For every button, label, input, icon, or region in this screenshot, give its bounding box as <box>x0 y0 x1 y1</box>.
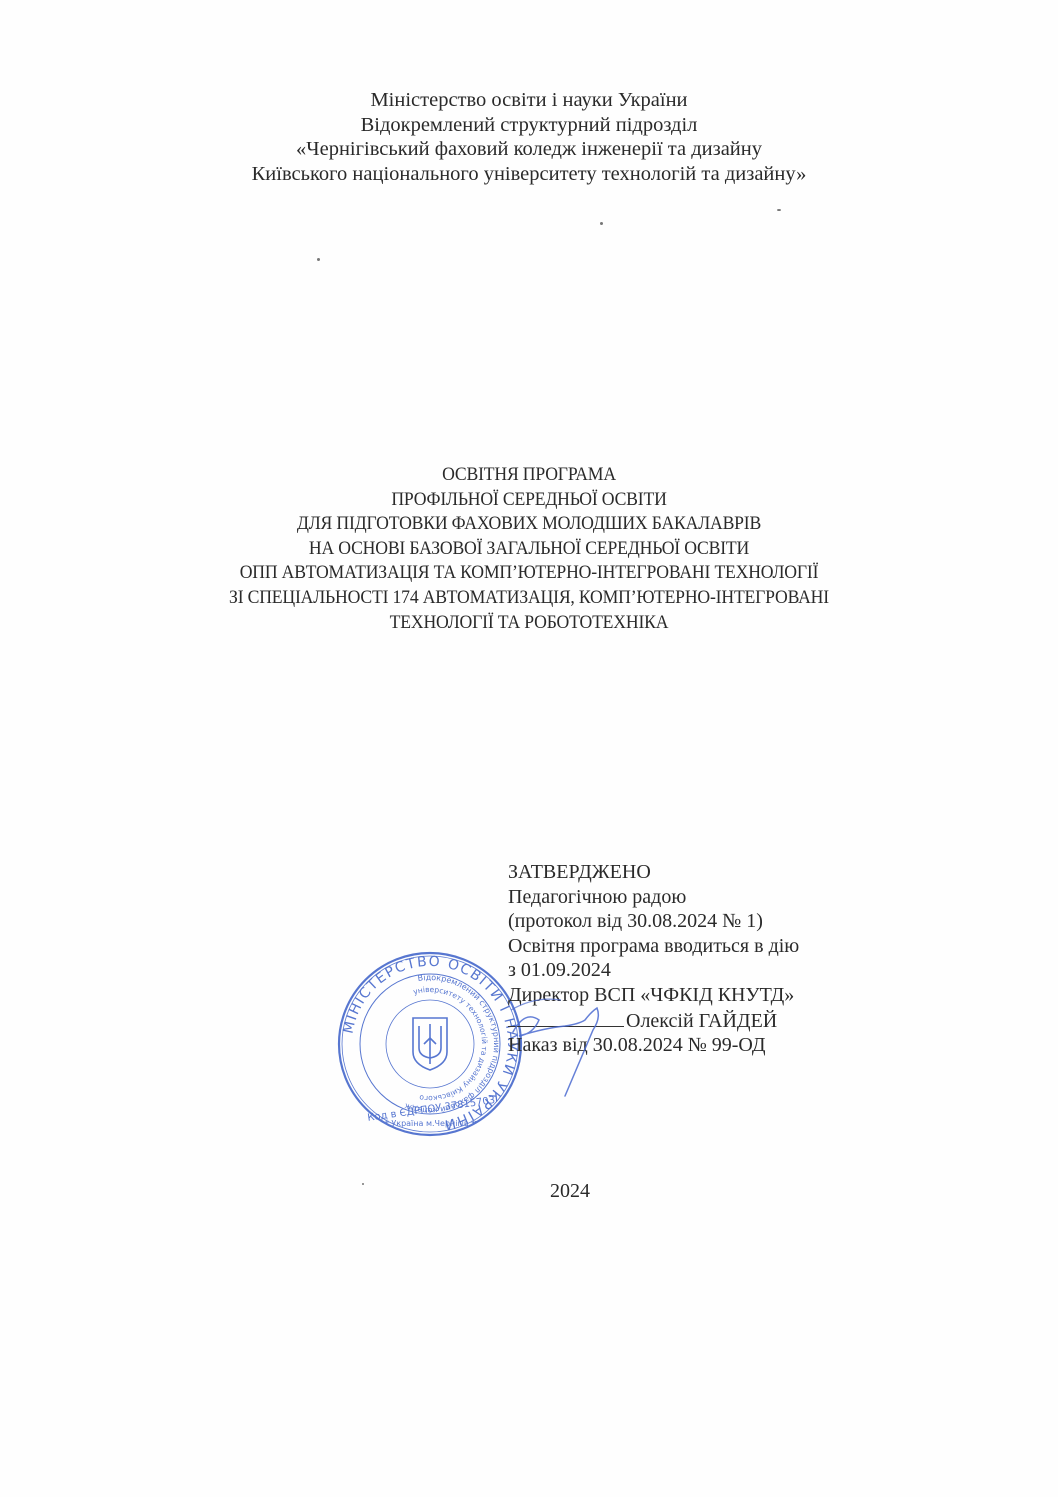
title-line: ТЕХНОЛОГІЇ ТА РОБОТОТЕХНІКА <box>37 611 1021 636</box>
stamp-seal-icon: МІНІСТЕРСТВО ОСВІТИ І НАУКИ УКРАЇНИ Відо… <box>336 950 524 1138</box>
document-page: Міністерство освіти і науки України Відо… <box>0 0 1058 1497</box>
approval-body: Педагогічною радою <box>508 885 799 910</box>
ministry-line: Міністерство освіти і науки України <box>0 88 1058 113</box>
title-line: ОПП АВТОМАТИЗАЦІЯ ТА КОМП’ЮТЕРНО-ІНТЕГРО… <box>37 561 1021 586</box>
scan-speck <box>600 222 603 225</box>
college-line: «Чернігівський фаховий коледж інженерії … <box>0 137 1058 162</box>
approval-effective: Освітня програма вводиться в дію <box>508 934 799 959</box>
university-line: Київського національного університету те… <box>0 162 1058 187</box>
scan-speck <box>317 258 320 261</box>
institution-header: Міністерство освіти і науки України Відо… <box>0 88 1058 186</box>
subdivision-line: Відокремлений структурний підрозділ <box>0 113 1058 138</box>
title-line: ЗІ СПЕЦІАЛЬНОСТІ 174 АВТОМАТИЗАЦІЯ, КОМП… <box>37 586 1021 611</box>
program-title: ОСВІТНЯ ПРОГРАМА ПРОФІЛЬНОЇ СЕРЕДНЬОЇ ОС… <box>0 463 1058 635</box>
signature-icon <box>505 990 625 1100</box>
title-line: НА ОСНОВІ БАЗОВОЇ ЗАГАЛЬНОЇ СЕРЕДНЬОЇ ОС… <box>37 537 1021 562</box>
scan-speck <box>777 209 781 211</box>
approval-heading: ЗАТВЕРДЖЕНО <box>508 860 799 885</box>
title-line: ПРОФІЛЬНОЇ СЕРЕДНЬОЇ ОСВІТИ <box>37 488 1021 513</box>
document-year: 2024 <box>0 1180 1058 1203</box>
official-stamp: МІНІСТЕРСТВО ОСВІТИ І НАУКИ УКРАЇНИ Відо… <box>336 950 524 1138</box>
handwritten-signature <box>505 990 625 1100</box>
svg-text:* Україна м.Чернігів *: * Україна м.Чернігів * <box>385 1119 475 1128</box>
approval-protocol: (протокол від 30.08.2024 № 1) <box>508 909 799 934</box>
director-name: Олексій ГАЙДЕЙ <box>626 1010 777 1032</box>
approval-effective-date: з 01.09.2024 <box>508 958 799 983</box>
title-line: ОСВІТНЯ ПРОГРАМА <box>37 463 1021 488</box>
title-line: ДЛЯ ПІДГОТОВКИ ФАХОВИХ МОЛОДШИХ БАКАЛАВР… <box>37 512 1021 537</box>
